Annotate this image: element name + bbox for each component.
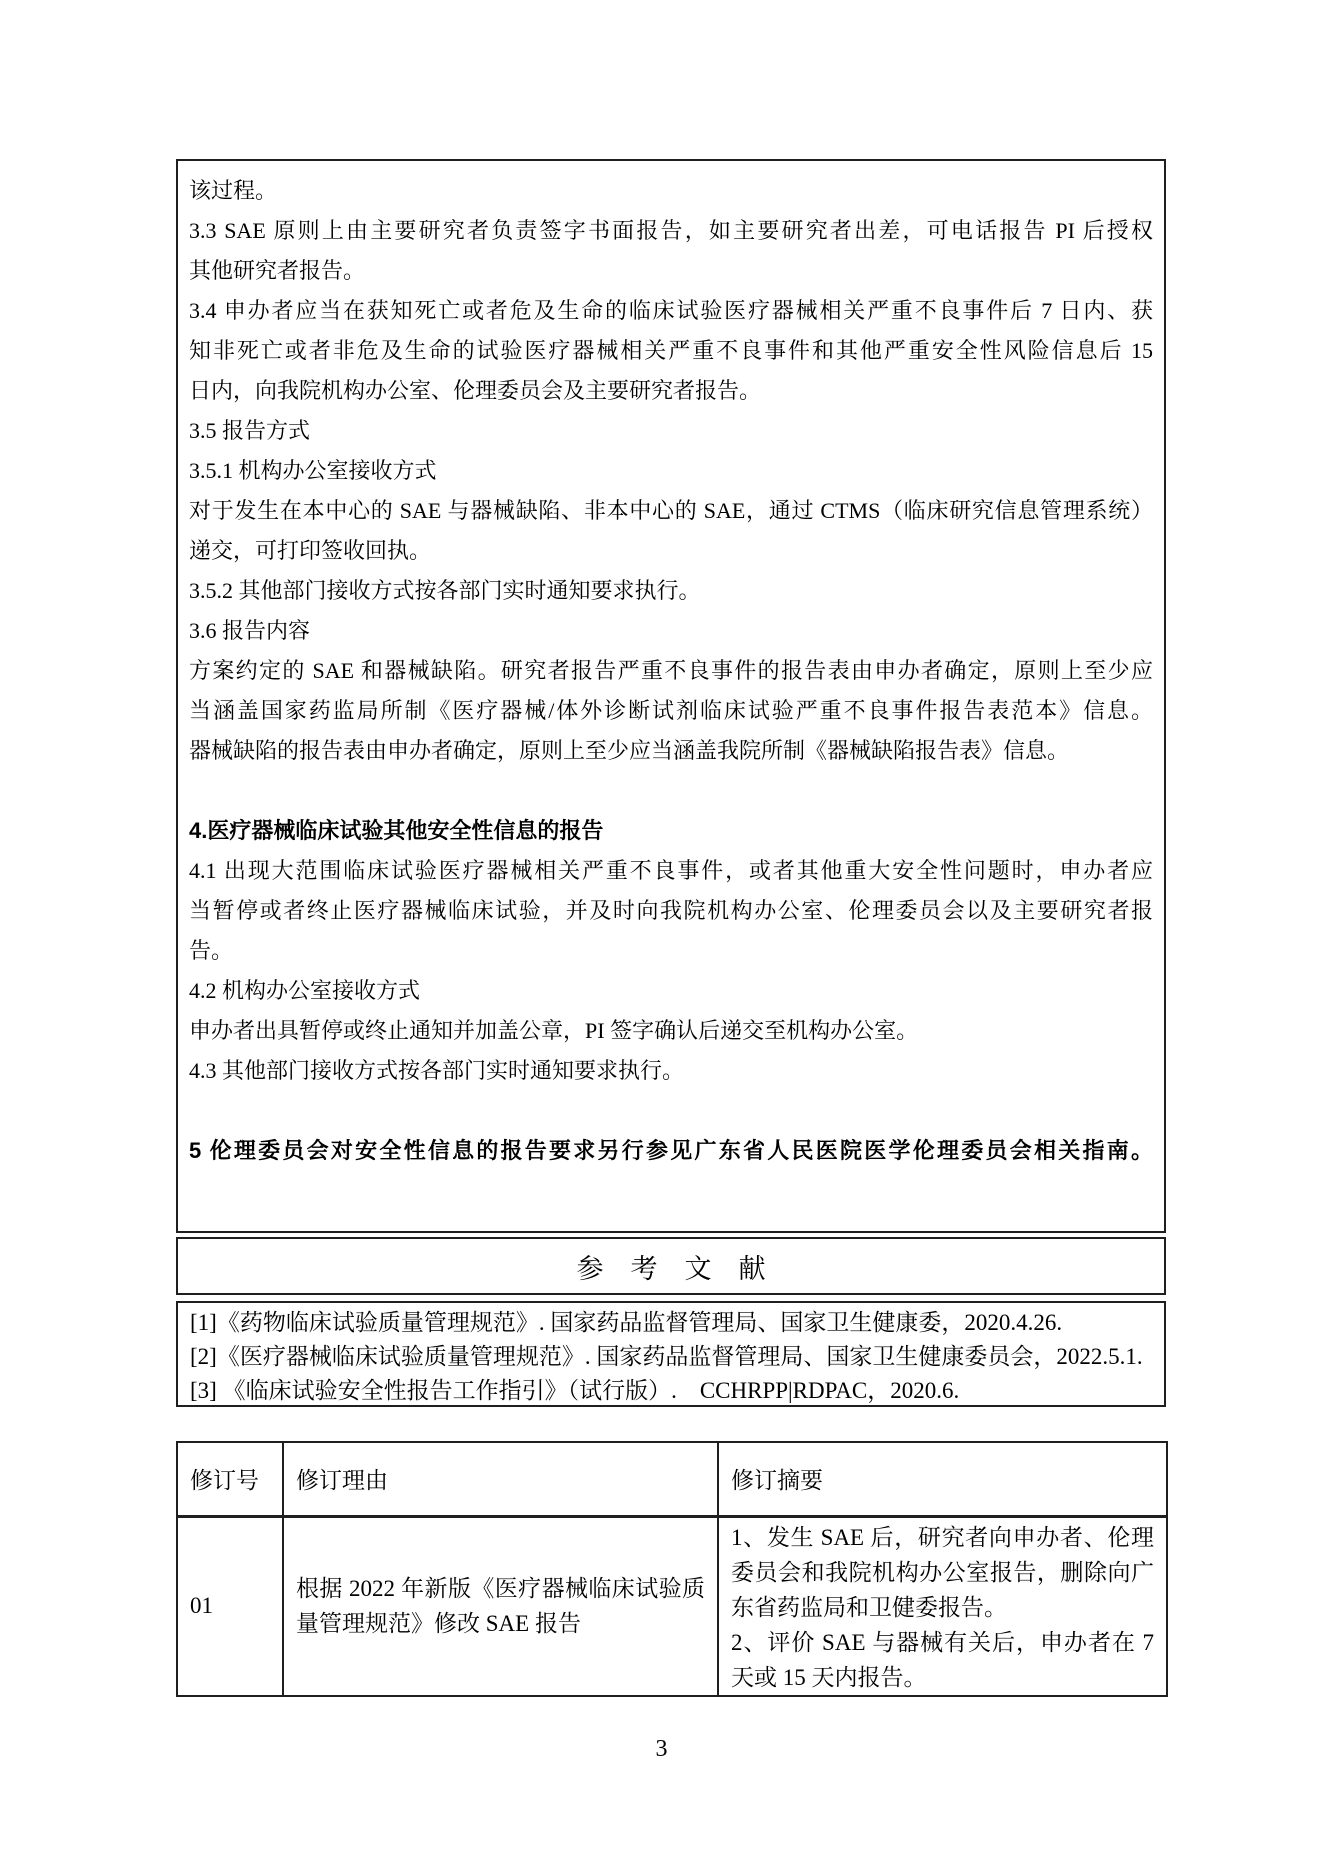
sop-text-lines: 该过程。3.3 SAE 原则上由主要研究者负责签字书面报告，如主要研究者出差，可…	[189, 171, 1153, 1171]
reference-entry: [3] 《临床试验安全性报告工作指引》（试行版）. CCHRPP|RDPAC，2…	[190, 1374, 1152, 1408]
references-title: 参 考 文 献	[577, 1247, 766, 1286]
cell-text-line: 1、发生 SAE 后，研究者向申办者、伦理	[731, 1520, 1154, 1555]
cell-text-line: 东省药监局和卫健委报告。	[731, 1590, 1154, 1625]
cell-text-line: 委员会和我院机构办公室报告，删除向广	[731, 1555, 1154, 1590]
revision-history-table: 修订号修订理由修订摘要 01根据 2022 年新版《医疗器械临床试验质量管理规范…	[176, 1441, 1168, 1697]
cell-text-line: 天或 15 天内报告。	[731, 1660, 1154, 1695]
text-line: 日内，向我院机构办公室、伦理委员会及主要研究者报告。	[189, 371, 1153, 411]
text-line: 当暂停或者终止医疗器械临床试验，并及时向我院机构办公室、伦理委员会以及主要研究者…	[189, 891, 1153, 931]
document-page: 该过程。3.3 SAE 原则上由主要研究者负责签字书面报告，如主要研究者出差，可…	[0, 0, 1323, 1871]
text-line: 4.2 机构办公室接收方式	[189, 971, 1153, 1011]
text-line: 当涵盖国家药监局所制《医疗器械/体外诊断试剂临床试验严重不良事件报告表范本》信息…	[189, 691, 1153, 731]
page-number: 3	[0, 1732, 1323, 1766]
revision-number-cell: 01	[177, 1516, 283, 1696]
text-line: 器械缺陷的报告表由申办者确定，原则上至少应当涵盖我院所制《器械缺陷报告表》信息。	[189, 731, 1153, 771]
reference-entry: [2]《医疗器械临床试验质量管理规范》. 国家药品监督管理局、国家卫生健康委员会…	[190, 1340, 1152, 1374]
text-line: 告。	[189, 931, 1153, 971]
text-line: 申办者出具暂停或终止通知并加盖公章，PI 签字确认后递交至机构办公室。	[189, 1011, 1153, 1051]
text-line: 4.医疗器械临床试验其他安全性信息的报告	[189, 811, 1153, 851]
references-header-section: 参 考 文 献	[176, 1237, 1166, 1295]
column-header: 修订号	[177, 1442, 283, 1516]
references-list-section: [1]《药物临床试验质量管理规范》. 国家药品监督管理局、国家卫生健康委，202…	[176, 1301, 1166, 1407]
text-line: 5 伦理委员会对安全性信息的报告要求另行参见广东省人民医院医学伦理委员会相关指南…	[189, 1131, 1153, 1171]
text-line	[189, 1091, 1153, 1131]
text-line: 3.5.2 其他部门接收方式按各部门实时通知要求执行。	[189, 571, 1153, 611]
revision-table-header-row: 修订号修订理由修订摘要	[177, 1442, 1167, 1516]
column-header: 修订理由	[283, 1442, 718, 1516]
sop-text-section: 该过程。3.3 SAE 原则上由主要研究者负责签字书面报告，如主要研究者出差，可…	[176, 159, 1166, 1233]
references-entries: [1]《药物临床试验质量管理规范》. 国家药品监督管理局、国家卫生健康委，202…	[190, 1306, 1152, 1408]
text-line: 3.6 报告内容	[189, 611, 1153, 651]
revision-summary-cell: 1、发生 SAE 后，研究者向申办者、伦理委员会和我院机构办公室报告，删除向广东…	[718, 1516, 1167, 1696]
text-line: 递交，可打印签收回执。	[189, 531, 1153, 571]
text-line: 4.1 出现大范围临床试验医疗器械相关严重不良事件，或者其他重大安全性问题时，申…	[189, 851, 1153, 891]
text-line: 方案约定的 SAE 和器械缺陷。研究者报告严重不良事件的报告表由申办者确定，原则…	[189, 651, 1153, 691]
text-line: 该过程。	[189, 171, 1153, 211]
text-line: 3.4 申办者应当在获知死亡或者危及生命的临床试验医疗器械相关严重不良事件后 7…	[189, 291, 1153, 331]
column-header: 修订摘要	[718, 1442, 1167, 1516]
revision-reason-cell: 根据 2022 年新版《医疗器械临床试验质量管理规范》修改 SAE 报告	[283, 1516, 718, 1696]
cell-text-line: 2、评价 SAE 与器械有关后，申办者在 7	[731, 1625, 1154, 1660]
reference-entry: [1]《药物临床试验质量管理规范》. 国家药品监督管理局、国家卫生健康委，202…	[190, 1306, 1152, 1340]
table-row: 01根据 2022 年新版《医疗器械临床试验质量管理规范》修改 SAE 报告1、…	[177, 1516, 1167, 1696]
text-line	[189, 771, 1153, 811]
text-line: 其他研究者报告。	[189, 251, 1153, 291]
cell-text-line: 根据 2022 年新版《医疗器械临床试验质	[296, 1571, 705, 1606]
text-line: 3.3 SAE 原则上由主要研究者负责签字书面报告，如主要研究者出差，可电话报告…	[189, 211, 1153, 251]
text-line: 知非死亡或者非危及生命的试验医疗器械相关严重不良事件和其他严重安全性风险信息后 …	[189, 331, 1153, 371]
text-line: 3.5 报告方式	[189, 411, 1153, 451]
text-line: 4.3 其他部门接收方式按各部门实时通知要求执行。	[189, 1051, 1153, 1091]
cell-text-line: 量管理规范》修改 SAE 报告	[296, 1606, 705, 1641]
text-line: 对于发生在本中心的 SAE 与器械缺陷、非本中心的 SAE，通过 CTMS（临床…	[189, 491, 1153, 531]
text-line: 3.5.1 机构办公室接收方式	[189, 451, 1153, 491]
